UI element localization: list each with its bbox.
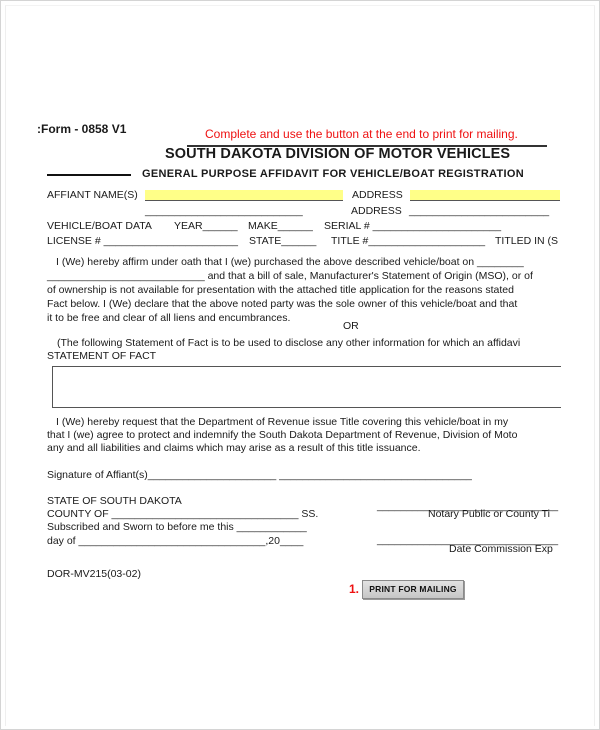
- titled-in-label: TITLED IN (S: [495, 235, 558, 248]
- license-field[interactable]: LICENSE # _______________________: [47, 235, 238, 248]
- affirm-paragraph-line1: I (We) hereby affirm under oath that I (…: [56, 256, 524, 269]
- left-rule: [47, 174, 131, 176]
- print-for-mailing-button[interactable]: PRINT FOR MAILING: [362, 580, 464, 599]
- commission-label: Date Commission Exp: [449, 543, 553, 556]
- statement-of-fact-field[interactable]: [52, 366, 561, 408]
- affirm-paragraph-line3: of ownership is not available for presen…: [47, 284, 514, 297]
- day-of-field[interactable]: day of ________________________________,…: [47, 535, 303, 548]
- affiant-name-field[interactable]: [145, 190, 343, 201]
- step-number: 1.: [349, 583, 359, 596]
- affidavit-page: :Form - 0858 V1 Complete and use the but…: [0, 0, 561, 730]
- page-subtitle: GENERAL PURPOSE AFFIDAVIT FOR VEHICLE/BO…: [142, 168, 524, 181]
- make-field[interactable]: MAKE______: [248, 220, 313, 233]
- vehicle-data-label: VEHICLE/BOAT DATA: [47, 220, 152, 233]
- address-label: ADDRESS: [352, 189, 403, 202]
- affiant-name-label: AFFIANT NAME(S): [47, 189, 138, 202]
- notary-state: STATE OF SOUTH DAKOTA: [47, 495, 182, 508]
- sworn-day-field[interactable]: Subscribed and Sworn to before me this _…: [47, 521, 307, 534]
- form-code: DOR-MV215(03-02): [47, 568, 141, 581]
- request-paragraph-line3: any and all liabilities and claims which…: [47, 442, 421, 455]
- signature-field[interactable]: Signature of Affiant(s)_________________…: [47, 469, 472, 482]
- affiant-name-line2[interactable]: ___________________________: [145, 205, 303, 218]
- serial-field[interactable]: SERIAL # ______________________: [324, 220, 501, 233]
- address2-field[interactable]: ________________________: [409, 205, 549, 218]
- request-paragraph-line2: that I (we) agree to protect and indemni…: [47, 429, 517, 442]
- affirm-paragraph-line4: Fact below. I (We) declare that the abov…: [47, 298, 517, 311]
- statement-instruction: (The following Statement of Fact is to b…: [57, 337, 520, 350]
- form-id: :Form - 0858 V1: [37, 123, 126, 136]
- state-field[interactable]: STATE______: [249, 235, 316, 248]
- county-field[interactable]: COUNTY OF ______________________________…: [47, 508, 318, 521]
- print-instruction: Complete and use the button at the end t…: [205, 128, 518, 141]
- address-field[interactable]: [410, 190, 560, 201]
- title-number-field[interactable]: TITLE #____________________: [331, 235, 485, 248]
- year-field[interactable]: YEAR______: [174, 220, 238, 233]
- address2-label: ADDRESS: [351, 205, 402, 218]
- page-title: SOUTH DAKOTA DIVISION OF MOTOR VEHICLES: [165, 148, 510, 161]
- notary-label: Notary Public or County Ti: [428, 508, 550, 521]
- affirm-paragraph-line5: it to be free and clear of all liens and…: [47, 312, 290, 325]
- statement-of-fact-label: STATEMENT OF FACT: [47, 350, 156, 363]
- affirm-paragraph-line2: ___________________________ and that a b…: [47, 270, 533, 283]
- or-separator: OR: [343, 320, 359, 333]
- request-paragraph-line1: I (We) hereby request that the Departmen…: [56, 416, 508, 429]
